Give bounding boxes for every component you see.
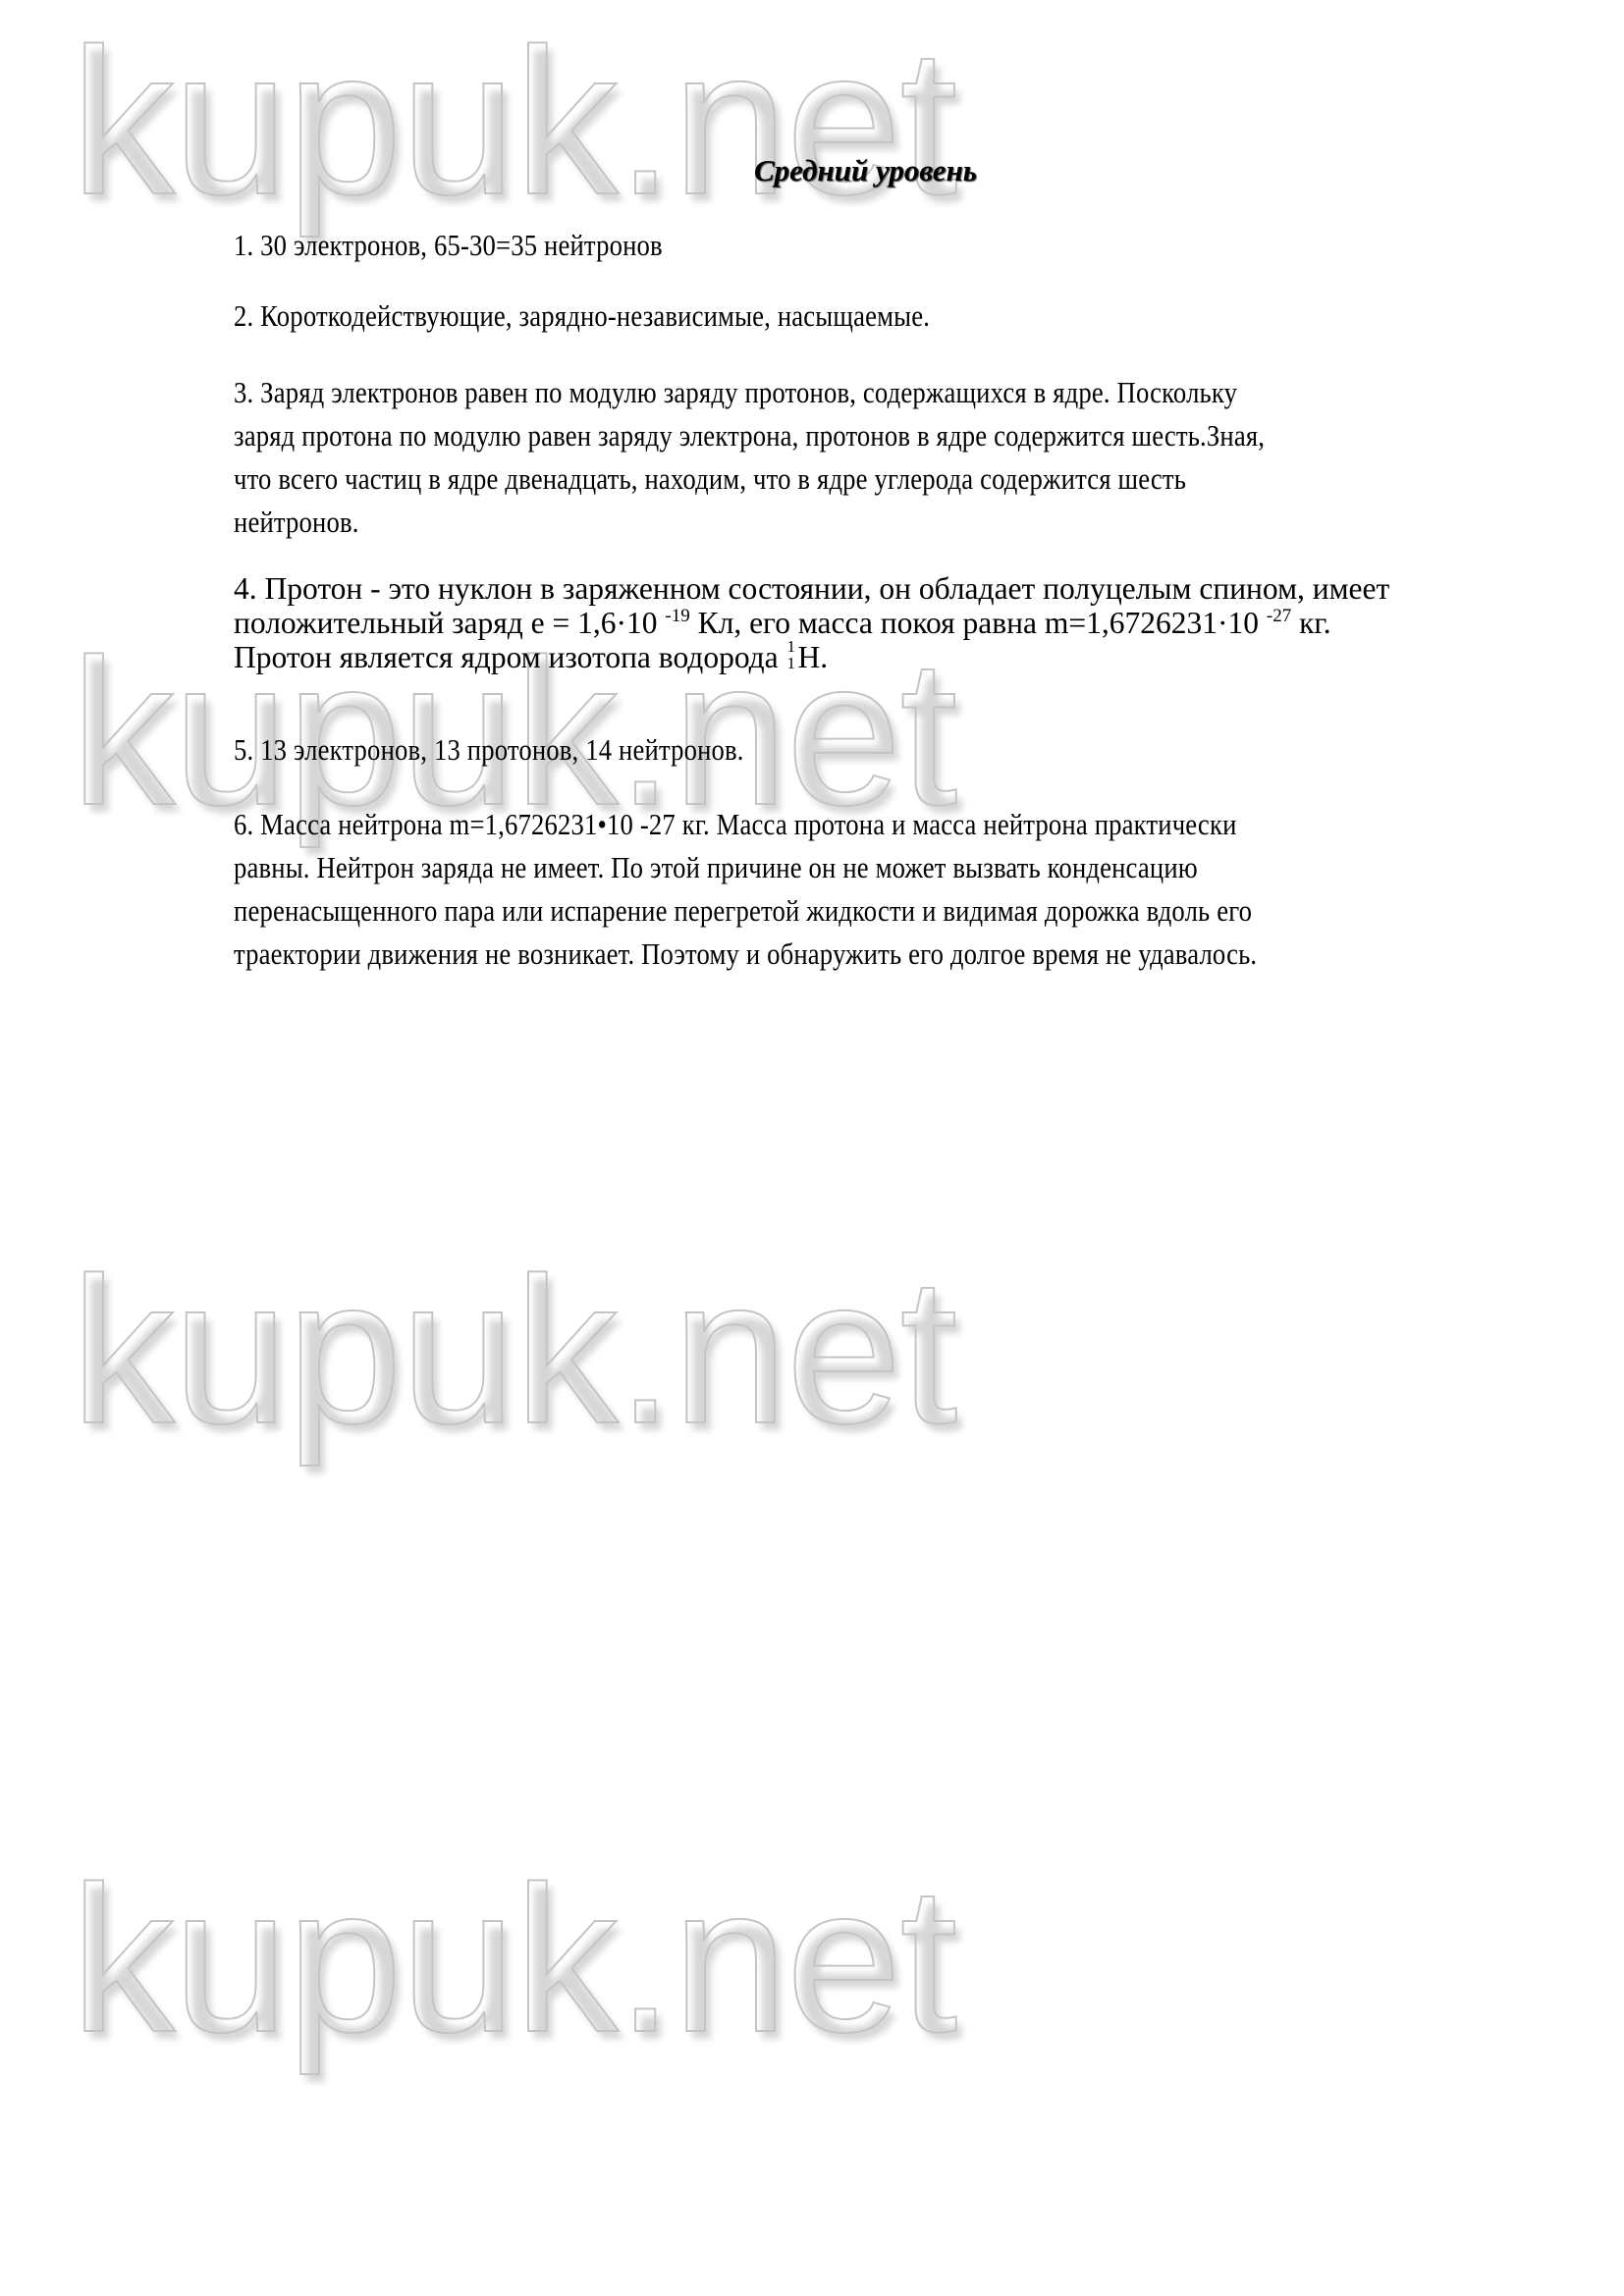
answer-5: 5. 13 электронов, 13 протонов, 14 нейтро… [234, 732, 744, 768]
answer-line: нейтронов. [234, 501, 1265, 544]
answer-line: заряд протона по модулю равен заряду эле… [234, 414, 1265, 457]
answer-line: 4. Протон - это нуклон в заряженном сост… [234, 571, 1389, 606]
answer-3: 3. Заряд электронов равен по модулю заря… [234, 371, 1265, 544]
watermark: kupuk.net [71, 1855, 955, 2063]
answer-text: Короткодействующие, зарядно-независимые,… [260, 298, 930, 333]
answer-number: 3. [234, 375, 253, 409]
isotope-notation: 11 [786, 642, 798, 671]
isotope-mass-number: 1 [787, 638, 796, 655]
answer-1: 1. 30 электронов, 65-30=35 нейтронов [234, 228, 663, 263]
exponent: -19 [665, 606, 689, 626]
answer-number: 4. [234, 571, 257, 606]
answer-line: 3. Заряд электронов равен по модулю заря… [234, 371, 1265, 414]
section-heading: Средний уровень [754, 153, 977, 188]
answer-number: 1. [234, 228, 253, 262]
answer-line: положительный заряд e = 1,6·10 -19 Кл, е… [234, 606, 1389, 640]
answer-text: 30 электронов, 65-30=35 нейтронов [260, 228, 663, 262]
answer-number: 2. [234, 298, 253, 333]
answer-4: 4. Протон - это нуклон в заряженном сост… [234, 571, 1389, 674]
answer-number: 6. [234, 807, 253, 841]
answer-text: 13 электронов, 13 протонов, 14 нейтронов… [260, 732, 743, 767]
answer-text: Протон является ядром изотопа водорода [234, 640, 786, 674]
answer-text: Заряд электронов равен по модулю заряду … [260, 375, 1237, 409]
answer-text: . [820, 640, 828, 674]
isotope-symbol: H [798, 640, 821, 674]
answer-line: что всего частиц в ядре двенадцать, нахо… [234, 457, 1265, 501]
answer-line: равны. Нейтрон заряда не имеет. По этой … [234, 846, 1257, 889]
answer-line: траектории движения не возникает. Поэтом… [234, 933, 1257, 976]
answer-text: положительный заряд e = 1,6·10 [234, 606, 665, 640]
answer-text: Протон - это нуклон в заряженном состоян… [265, 571, 1390, 606]
watermark: kupuk.net [71, 1247, 955, 1455]
answer-text: Масса нейтрона m=1,6726231•10 -27 кг. Ма… [260, 807, 1236, 841]
answer-6: 6. Масса нейтрона m=1,6726231•10 -27 кг.… [234, 803, 1257, 976]
answer-text: кг. [1291, 606, 1330, 640]
answer-2: 2. Короткодействующие, зарядно-независим… [234, 298, 930, 334]
answer-line: перенасыщенного пара или испарение перег… [234, 889, 1257, 933]
answer-text: Кл, его масса покоя равна m=1,6726231·10 [690, 606, 1267, 640]
exponent: -27 [1267, 606, 1291, 626]
answer-line: Протон является ядром изотопа водорода 1… [234, 640, 1389, 674]
answer-number: 5. [234, 732, 253, 767]
watermark: kupuk.net [71, 18, 955, 226]
answer-line: 6. Масса нейтрона m=1,6726231•10 -27 кг.… [234, 803, 1257, 846]
isotope-atomic-number: 1 [787, 655, 796, 671]
